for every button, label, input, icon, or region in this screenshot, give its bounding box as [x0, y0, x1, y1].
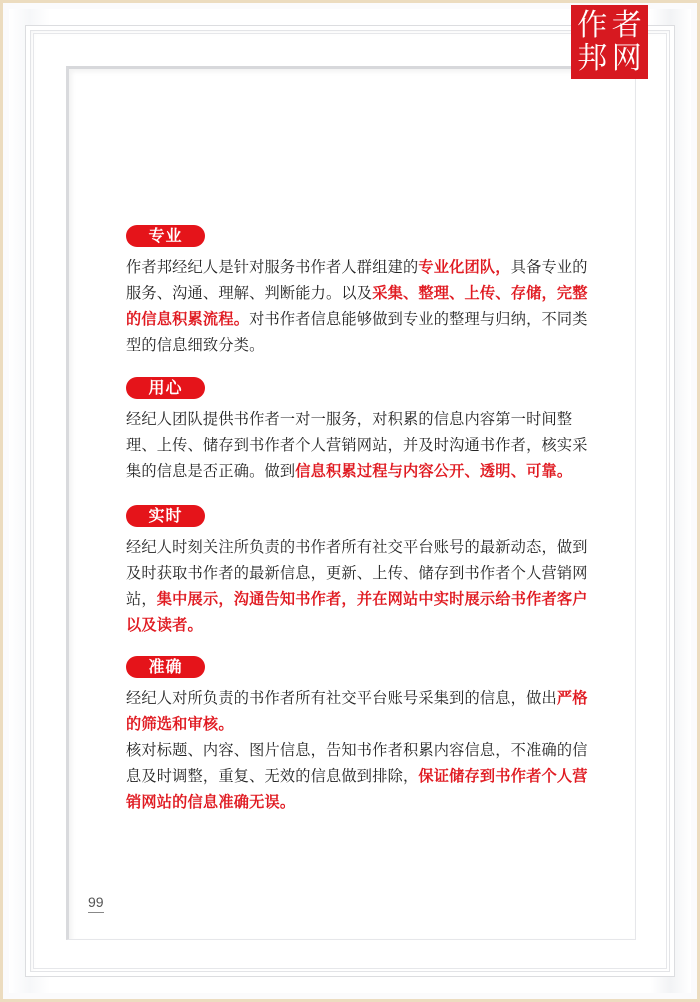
section-paragraph: 经纪人对所负责的书作者所有社交平台账号采集到的信息，做出严格的筛选和审核。: [126, 685, 596, 737]
section-tag: 准确: [126, 656, 205, 678]
section-paragraph: 核对标题、内容、图片信息，告知书作者积累内容信息，不准确的信息及时调整，重复、无…: [126, 737, 596, 815]
logo-char: 作: [577, 10, 607, 42]
section-paragraph: 作者邦经纪人是针对服务书作者人群组建的专业化团队，具备专业的服务、沟通、理解、判…: [126, 254, 596, 358]
section-paragraph: 经纪人时刻关注所负责的书作者所有社交平台账号的最新动态，做到及时获取书作者的最新…: [126, 534, 596, 638]
highlight-text: 信息积累过程与内容公开、透明、可靠。: [295, 462, 572, 480]
section-accurate: 准确 经纪人对所负责的书作者所有社交平台账号采集到的信息，做出严格的筛选和审核。…: [126, 656, 596, 815]
highlight-text: 专业化团队，: [418, 258, 510, 276]
text-run: 经纪人对所负责的书作者所有社交平台账号采集到的信息，做出: [126, 689, 557, 707]
section-tag: 用心: [126, 377, 205, 399]
logo-char: 者: [612, 10, 642, 42]
section-paragraph: 经纪人团队提供书作者一对一服务，对积累的信息内容第一时间整理、上传、储存到书作者…: [126, 406, 596, 484]
section-attentive: 用心 经纪人团队提供书作者一对一服务，对积累的信息内容第一时间整理、上传、储存到…: [126, 377, 596, 484]
section-professional: 专业 作者邦经纪人是针对服务书作者人群组建的专业化团队，具备专业的服务、沟通、理…: [126, 225, 596, 358]
page-number: 99: [88, 894, 104, 913]
brand-logo: 作 者 邦 网: [571, 5, 648, 79]
logo-char: 网: [612, 43, 642, 75]
highlight-text: 集中展示，沟通告知书作者，并在网站中实时展示给书作者客户以及读者。: [126, 590, 588, 634]
text-run: 作者邦经纪人是针对服务书作者人群组建的: [126, 258, 418, 276]
section-realtime: 实时 经纪人时刻关注所负责的书作者所有社交平台账号的最新动态，做到及时获取书作者…: [126, 505, 596, 638]
logo-char: 邦: [577, 43, 607, 75]
section-tag: 实时: [126, 505, 205, 527]
section-tag: 专业: [126, 225, 205, 247]
